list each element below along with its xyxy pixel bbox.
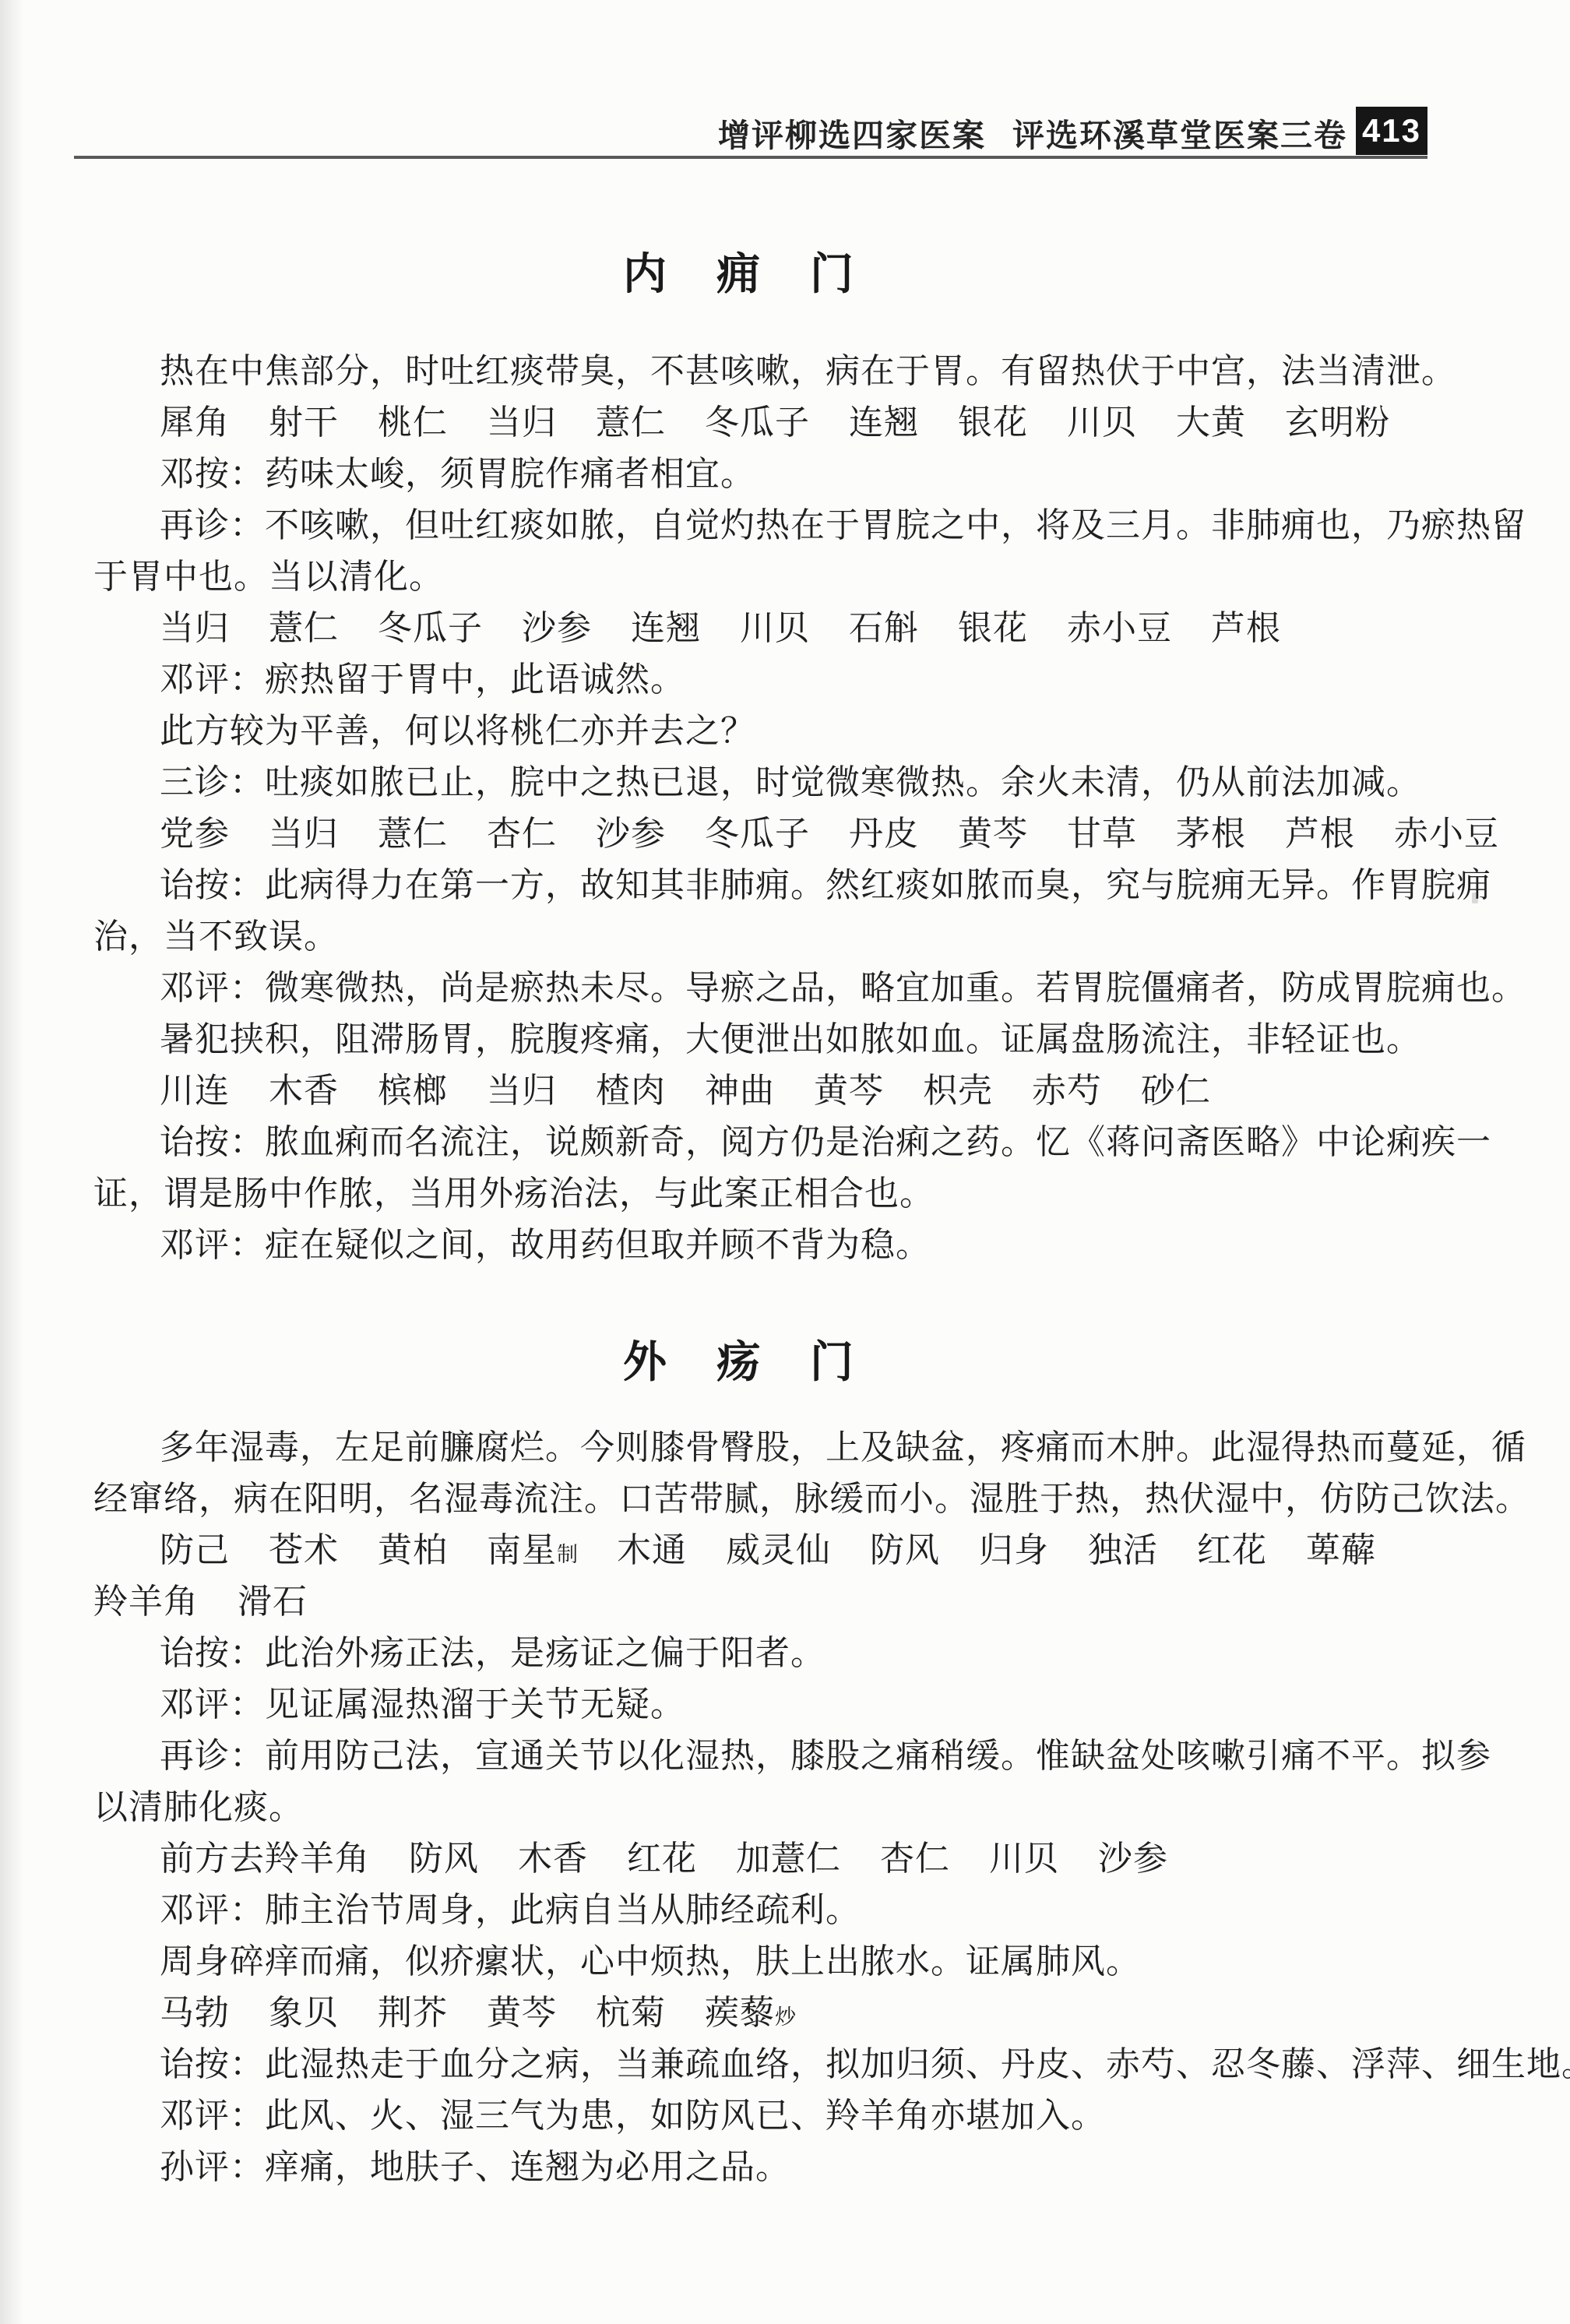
herb-item: 杏仁 <box>880 1838 950 1880</box>
herb-name: 杏仁 <box>487 815 557 853</box>
herb-name: 冬瓜子 <box>705 815 810 853</box>
text-line: 热在中焦部分，时吐红痰带臭，不甚咳嗽，病在于胃。有留热伏于中宫，法当清泄。 <box>160 350 1456 393</box>
herb-name: 象贝 <box>269 1994 339 2032</box>
scanned-book-page: 增评柳选四家医案评选环溪草堂医案三卷 413 内 痈 门热在中焦部分，时吐红痰带… <box>0 0 1570 2324</box>
herb-name: 黄芩 <box>814 1072 884 1110</box>
herb-name: 沙参 <box>1098 1840 1168 1878</box>
herb-item: 萆薢 <box>1306 1530 1376 1572</box>
herb-name: 神曲 <box>705 1072 775 1110</box>
text-line: 孙评：痒痛，地肤子、连翘为必用之品。 <box>160 2146 790 2188</box>
volume-title: 评选环溪草堂医案三卷 <box>1012 118 1347 153</box>
herb-item: 杏仁 <box>487 813 557 855</box>
herb-name: 槟榔 <box>378 1072 448 1110</box>
herb-item: 桃仁 <box>378 402 448 444</box>
herb-name: 川贝 <box>740 609 810 647</box>
text-line: 诒按：此病得力在第一方，故知其非肺痈。然红痰如脓而臭，究与脘痈无异。作胃脘痈 <box>160 864 1491 907</box>
herb-item: 连翘 <box>849 402 919 444</box>
book-title: 增评柳选四家医案 <box>718 118 986 153</box>
herb-name: 木香 <box>518 1840 588 1878</box>
herb-item: 沙参 <box>522 607 592 650</box>
herb-item: 杭菊 <box>596 1992 666 2034</box>
text-line: 邓评：此风、火、湿三气为患，如防风已、羚羊角亦堪加入。 <box>160 2095 1106 2137</box>
herb-line: 党参当归薏仁杏仁沙参冬瓜子丹皮黄芩甘草茅根芦根赤小豆 <box>160 813 1499 855</box>
herb-line: 马勃象贝荆芥黄芩杭菊蒺藜炒 <box>160 1992 796 2038</box>
herb-item: 沙参 <box>1098 1838 1168 1880</box>
herb-item: 防风 <box>409 1838 479 1880</box>
text-line: 多年湿毒，左足前臁腐烂。今则膝骨臀股，上及缺盆，疼痛而木肿。此湿得热而蔓延，循 <box>160 1427 1526 1469</box>
herb-name: 犀角 <box>160 403 230 442</box>
herb-item: 当归 <box>487 402 557 444</box>
text-line: 于胃中也。当以清化。 <box>93 556 444 598</box>
herb-name: 防风 <box>409 1840 479 1878</box>
herb-item: 连翘 <box>631 607 701 650</box>
herb-item: 蒺藜炒 <box>705 1992 796 2038</box>
herb-name: 枳壳 <box>923 1072 993 1110</box>
herb-name: 当归 <box>487 403 557 442</box>
herb-name: 大黄 <box>1176 403 1246 442</box>
herb-item: 冬瓜子 <box>705 813 810 855</box>
herb-name: 黄芩 <box>487 1994 557 2032</box>
herb-name: 红花 <box>627 1840 697 1878</box>
herb-line: 当归薏仁冬瓜子沙参连翘川贝石斛银花赤小豆芦根 <box>160 607 1281 650</box>
herb-name: 川贝 <box>989 1840 1059 1878</box>
herb-item: 黄芩 <box>814 1070 884 1112</box>
herb-name: 当归 <box>487 1072 557 1110</box>
herb-item: 党参 <box>160 813 230 855</box>
herb-item: 薏仁 <box>596 402 666 444</box>
herb-item: 红花 <box>627 1838 697 1880</box>
herb-item: 薏仁 <box>378 813 448 855</box>
herb-item: 黄芩 <box>487 1992 557 2034</box>
herb-name: 川连 <box>160 1072 230 1110</box>
herb-name: 薏仁 <box>378 815 448 853</box>
herb-name: 加薏仁 <box>736 1840 841 1878</box>
herb-item: 银花 <box>958 402 1028 444</box>
herb-item: 羚羊角 <box>93 1581 199 1623</box>
herb-name: 射干 <box>269 403 339 442</box>
herb-name: 防风 <box>870 1531 940 1569</box>
herb-name: 玄明粉 <box>1285 403 1390 442</box>
herb-name: 马勃 <box>160 1994 230 2032</box>
herb-name: 银花 <box>958 609 1028 647</box>
herb-item: 银花 <box>958 607 1028 650</box>
text-line: 此方较为平善，何以将桃仁亦并去之？ <box>160 710 755 752</box>
herb-name: 木通 <box>617 1531 687 1569</box>
herb-item: 加薏仁 <box>736 1838 841 1880</box>
text-line: 邓评：症在疑似之间，故用药但取并顾不背为稳。 <box>160 1224 931 1266</box>
herb-item: 神曲 <box>705 1070 775 1112</box>
herb-name: 木香 <box>269 1072 339 1110</box>
herb-name: 防己 <box>160 1531 230 1569</box>
herb-name: 银花 <box>958 403 1028 442</box>
herb-name: 当归 <box>160 609 230 647</box>
herb-name: 芦根 <box>1211 609 1281 647</box>
herb-item: 南星制 <box>487 1530 578 1576</box>
herb-name: 南星 <box>487 1531 557 1569</box>
herb-item: 前方去羚羊角 <box>160 1838 370 1880</box>
herb-item: 黄芩 <box>958 813 1028 855</box>
herb-name: 连翘 <box>849 403 919 442</box>
herb-name: 杭菊 <box>596 1994 666 2032</box>
text-line: 以清肺化痰。 <box>93 1787 304 1829</box>
text-line: 三诊：吐痰如脓已止，脘中之热已退，时觉微寒微热。余火未清，仍从前法加减。 <box>160 762 1421 804</box>
herb-name: 独活 <box>1088 1531 1158 1569</box>
herb-name: 赤小豆 <box>1394 815 1499 853</box>
text-line: 诒按：此湿热走于血分之病，当兼疏血络，拟加归须、丹皮、赤芍、忍冬藤、浮萍、细生地… <box>160 2044 1570 2086</box>
herb-name: 沙参 <box>596 815 666 853</box>
herb-item: 当归 <box>269 813 339 855</box>
herb-name: 楂肉 <box>596 1072 666 1110</box>
herb-item: 大黄 <box>1176 402 1246 444</box>
herb-item: 枳壳 <box>923 1070 993 1112</box>
herb-item: 当归 <box>160 607 230 650</box>
herb-note: 制 <box>557 1543 578 1566</box>
herb-name: 茅根 <box>1176 815 1246 853</box>
text-line: 邓按：药味太峻，须胃脘作痛者相宜。 <box>160 453 755 495</box>
text-line: 邓评：瘀热留于胃中，此语诚然。 <box>160 659 685 701</box>
herb-note: 炒 <box>775 2005 796 2029</box>
text-line: 邓评：见证属湿热溜于关节无疑。 <box>160 1684 685 1726</box>
herb-name: 芦根 <box>1285 815 1355 853</box>
page-number-badge: 413 <box>1356 107 1427 155</box>
herb-name: 红花 <box>1197 1531 1267 1569</box>
herb-line: 犀角射干桃仁当归薏仁冬瓜子连翘银花川贝大黄玄明粉 <box>160 402 1390 444</box>
herb-item: 冬瓜子 <box>378 607 483 650</box>
herb-name: 当归 <box>269 815 339 853</box>
herb-name: 黄柏 <box>378 1531 448 1569</box>
herb-item: 赤芍 <box>1032 1070 1102 1112</box>
herb-item: 石斛 <box>849 607 919 650</box>
herb-item: 川连 <box>160 1070 230 1112</box>
herb-item: 当归 <box>487 1070 557 1112</box>
herb-item: 丹皮 <box>849 813 919 855</box>
herb-item: 茅根 <box>1176 813 1246 855</box>
herb-item: 象贝 <box>269 1992 339 2034</box>
herb-line: 羚羊角滑石 <box>93 1581 308 1623</box>
herb-item: 沙参 <box>596 813 666 855</box>
page-gutter-shadow <box>0 0 23 2324</box>
herb-line: 川连木香槟榔当归楂肉神曲黄芩枳壳赤芍砂仁 <box>160 1070 1211 1112</box>
text-line: 诒按：此治外疡正法，是疡证之偏于阳者。 <box>160 1632 825 1674</box>
herb-item: 玄明粉 <box>1285 402 1390 444</box>
text-line: 治，当不致误。 <box>93 916 339 958</box>
herb-item: 楂肉 <box>596 1070 666 1112</box>
herb-item: 黄柏 <box>378 1530 448 1572</box>
herb-item: 苍术 <box>269 1530 339 1572</box>
herb-item: 木通 <box>617 1530 687 1572</box>
herb-name: 赤芍 <box>1032 1072 1102 1110</box>
herb-item: 滑石 <box>238 1581 308 1623</box>
herb-name: 沙参 <box>522 609 592 647</box>
herb-item: 冬瓜子 <box>705 402 810 444</box>
herb-name: 冬瓜子 <box>705 403 810 442</box>
herb-item: 薏仁 <box>269 607 339 650</box>
herb-name: 萆薢 <box>1306 1531 1376 1569</box>
header-rule <box>74 156 1427 159</box>
herb-item: 芦根 <box>1285 813 1355 855</box>
herb-item: 赤小豆 <box>1394 813 1499 855</box>
herb-name: 连翘 <box>631 609 701 647</box>
herb-name: 赤小豆 <box>1067 609 1172 647</box>
text-line: 证，谓是肠中作脓，当用外疡治法，与此案正相合也。 <box>93 1173 935 1215</box>
herb-item: 赤小豆 <box>1067 607 1172 650</box>
herb-item: 防风 <box>870 1530 940 1572</box>
herb-item: 犀角 <box>160 402 230 444</box>
herb-item: 马勃 <box>160 1992 230 2034</box>
herb-name: 归身 <box>979 1531 1049 1569</box>
herb-name: 威灵仙 <box>726 1531 831 1569</box>
herb-item: 砂仁 <box>1141 1070 1211 1112</box>
herb-name: 杏仁 <box>880 1840 950 1878</box>
herb-item: 川贝 <box>740 607 810 650</box>
herb-item: 甘草 <box>1067 813 1137 855</box>
herb-item: 独活 <box>1088 1530 1158 1572</box>
herb-name: 党参 <box>160 815 230 853</box>
herb-item: 木香 <box>269 1070 339 1112</box>
text-line: 暑犯挟积，阻滞肠胃，脘腹疼痛，大便泄出如脓如血。证属盘肠流注，非轻证也。 <box>160 1019 1421 1061</box>
herb-item: 红花 <box>1197 1530 1267 1572</box>
herb-item: 芦根 <box>1211 607 1281 650</box>
herb-item: 射干 <box>269 402 339 444</box>
herb-name: 川贝 <box>1067 403 1137 442</box>
herb-item: 川贝 <box>1067 402 1137 444</box>
herb-name: 薏仁 <box>596 403 666 442</box>
herb-name: 石斛 <box>849 609 919 647</box>
herb-name: 薏仁 <box>269 609 339 647</box>
text-line: 邓评：肺主治节周身，此病自当从肺经疏利。 <box>160 1889 861 1931</box>
text-line: 经窜络，病在阳明，名湿毒流注。口苦带腻，脉缓而小。湿胜于热，热伏湿中，仿防己饮法… <box>93 1478 1530 1520</box>
herb-line: 防己苍术黄柏南星制木通威灵仙防风归身独活红花萆薢 <box>160 1530 1376 1576</box>
herb-name: 前方去羚羊角 <box>160 1840 370 1878</box>
running-head: 增评柳选四家医案评选环溪草堂医案三卷 <box>718 110 1347 156</box>
herb-name: 黄芩 <box>958 815 1028 853</box>
text-line: 邓评：微寒微热，尚是瘀热未尽。导瘀之品，略宜加重。若胃脘僵痛者，防成胃脘痈也。 <box>160 967 1526 1009</box>
text-line: 再诊：不咳嗽，但吐红痰如脓，自觉灼热在于胃脘之中，将及三月。非肺痈也，乃瘀热留 <box>160 505 1526 547</box>
herb-item: 川贝 <box>989 1838 1059 1880</box>
herb-item: 荆芥 <box>378 1992 448 2034</box>
herb-item: 槟榔 <box>378 1070 448 1112</box>
herb-name: 桃仁 <box>378 403 448 442</box>
text-line: 诒按：脓血痢而名流注，说颇新奇，阅方仍是治痢之药。忆《蒋问斋医略》中论痢疾一 <box>160 1122 1491 1164</box>
herb-name: 甘草 <box>1067 815 1137 853</box>
herb-item: 威灵仙 <box>726 1530 831 1572</box>
herb-name: 冬瓜子 <box>378 609 483 647</box>
section-title: 内 痈 门 <box>0 240 1480 302</box>
herb-item: 木香 <box>518 1838 588 1880</box>
herb-name: 砂仁 <box>1141 1072 1211 1110</box>
herb-name: 滑石 <box>238 1583 308 1621</box>
herb-item: 防己 <box>160 1530 230 1572</box>
herb-name: 蒺藜 <box>705 1994 775 2032</box>
text-line: 周身碎痒而痛，似疥瘰状，心中烦热，肤上出脓水。证属肺风。 <box>160 1941 1141 1983</box>
herb-name: 苍术 <box>269 1531 339 1569</box>
herb-name: 羚羊角 <box>93 1583 199 1621</box>
herb-name: 丹皮 <box>849 815 919 853</box>
section-title: 外 疡 门 <box>0 1328 1480 1390</box>
herb-item: 归身 <box>979 1530 1049 1572</box>
herb-name: 荆芥 <box>378 1994 448 2032</box>
herb-line: 前方去羚羊角防风木香红花加薏仁杏仁川贝沙参 <box>160 1838 1168 1880</box>
text-line: 再诊：前用防己法，宣通关节以化湿热，膝股之痛稍缓。惟缺盆处咳嗽引痛不平。拟参 <box>160 1735 1491 1777</box>
